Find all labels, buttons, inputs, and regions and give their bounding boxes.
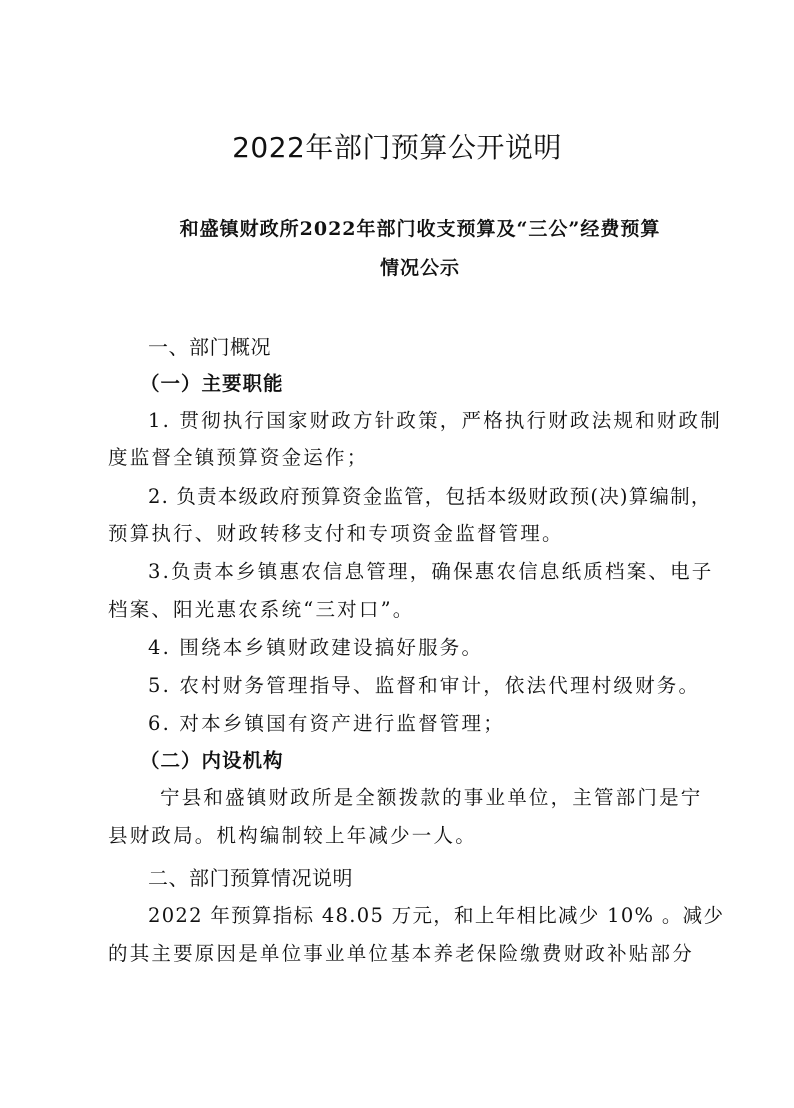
document-subtitle-line-2: 情况公示 bbox=[140, 254, 700, 282]
paragraph-line: 2. 负责本级政府预算资金监管，包括本级财政预(决)算编制， bbox=[148, 481, 738, 513]
document-page: 2022年部门预算公开说明 和盛镇财政所2022年部门收支预算及“三公”经费预算… bbox=[0, 0, 794, 1108]
paragraph-line: 县财政局。机构编制较上年减少一人。 bbox=[108, 820, 698, 852]
document-title: 2022年部门预算公开说明 bbox=[0, 128, 794, 168]
paragraph-line: 4. 围绕本乡镇财政建设搞好服务。 bbox=[148, 632, 738, 664]
paragraph-line: 度监督全镇预算资金运作； bbox=[108, 442, 698, 474]
subsection-heading-main-functions: （一）主要职能 bbox=[140, 368, 730, 400]
paragraph-line: 5. 农村财务管理指导、监督和审计，依法代理村级财务。 bbox=[148, 670, 738, 702]
document-subtitle-line-1: 和盛镇财政所2022年部门收支预算及“三公”经费预算 bbox=[140, 215, 700, 243]
paragraph-line: 6. 对本乡镇国有资产进行监督管理； bbox=[148, 708, 738, 740]
subsection-heading-internal-structure: （二）内设机构 bbox=[140, 745, 730, 777]
paragraph-line: 3.负责本乡镇惠农信息管理，确保惠农信息纸质档案、电子 bbox=[148, 556, 738, 588]
section-heading-overview: 一、部门概况 bbox=[148, 331, 738, 363]
paragraph-line: 2022 年预算指标 48.05 万元，和上年相比减少 10% 。减少 bbox=[148, 900, 738, 932]
paragraph-line: 预算执行、财政转移支付和专项资金监督管理。 bbox=[108, 518, 698, 550]
paragraph-line: 档案、阳光惠农系统“三对口”。 bbox=[108, 594, 698, 626]
paragraph-line: 的其主要原因是单位事业单位基本养老保险缴费财政补贴部分 bbox=[108, 938, 698, 970]
section-heading-budget: 二、部门预算情况说明 bbox=[148, 862, 738, 894]
paragraph-line: 宁县和盛镇财政所是全额拨款的事业单位，主管部门是宁 bbox=[160, 782, 750, 814]
paragraph-line: 1. 贯彻执行国家财政方针政策，严格执行财政法规和财政制 bbox=[148, 405, 738, 437]
